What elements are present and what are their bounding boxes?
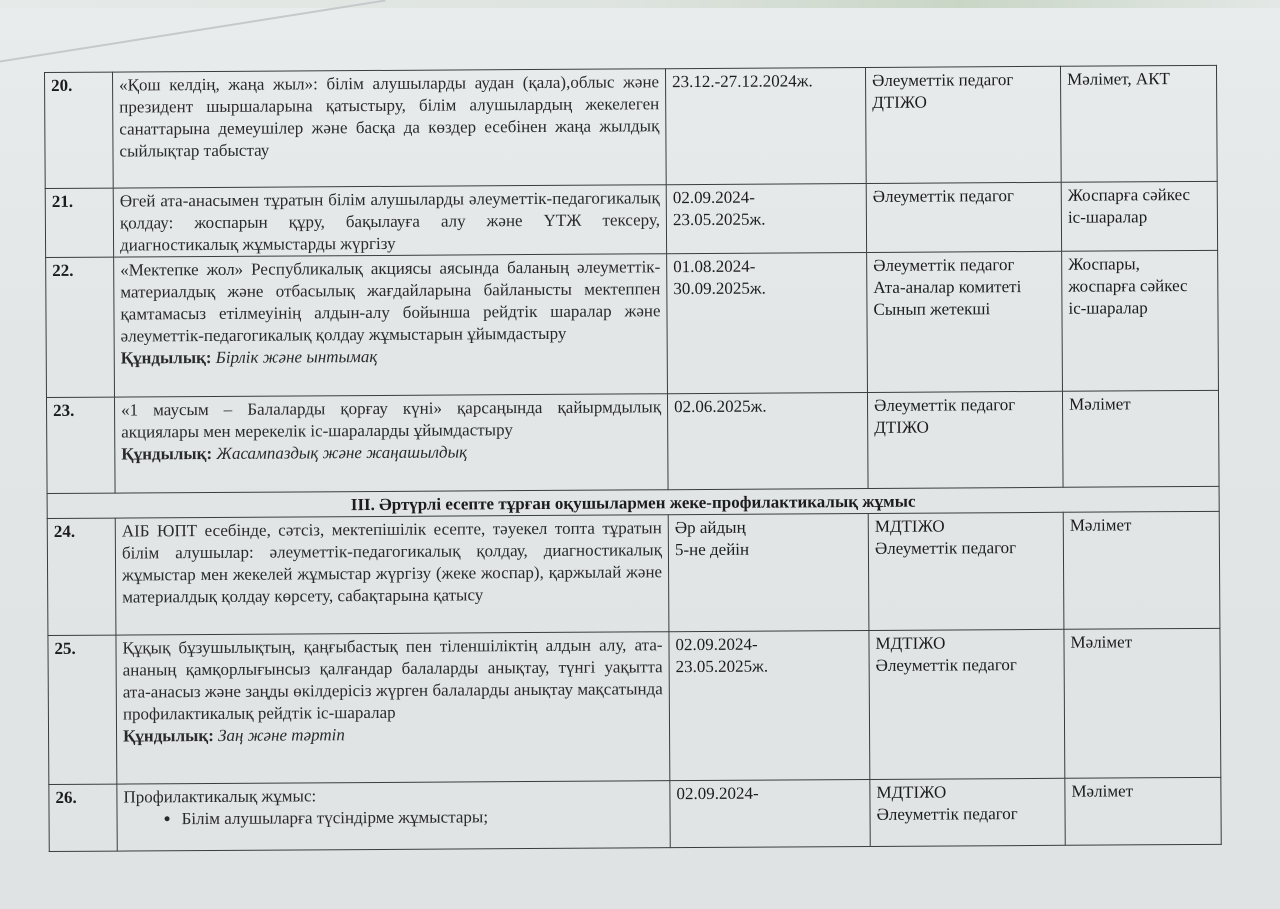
- output-line: іс-шаралар: [1068, 206, 1211, 229]
- bullet-item: Білім алушыларға түсіндірме жұмыстары;: [181, 805, 663, 830]
- value-text: Жасампаздық және жаңашылдық: [216, 442, 467, 463]
- activity-description: Құқық бұзушылықтың, қаңғыбастық пен тіле…: [116, 632, 670, 784]
- deadline-line: 02.09.2024-: [676, 782, 863, 805]
- responsible: Әлеуметтік педагогДТІЖО: [867, 391, 1063, 488]
- responsible-line: Әлеуметтік педагог: [873, 254, 1055, 277]
- responsible-line: ДТІЖО: [874, 416, 1056, 439]
- output-form: Мәлімет: [1063, 511, 1220, 629]
- output-line: Мәлімет: [1071, 780, 1214, 803]
- output-form: Мәлімет, АКТ: [1060, 65, 1217, 182]
- deadline-line: 5-не дейін: [675, 538, 862, 561]
- row-number: 25.: [48, 635, 117, 784]
- responsible-line: МДТІЖО: [876, 781, 1058, 804]
- table-row: 23.«1 маусым – Балаларды қорғау күні» қа…: [46, 390, 1219, 493]
- responsible-line: Ата-аналар комитеті: [873, 276, 1055, 299]
- output-form: Мәлімет: [1065, 777, 1221, 845]
- description-text: Құқық бұзушылықтың, қаңғыбастық пен тіле…: [122, 634, 663, 725]
- responsible-line: МДТІЖО: [875, 515, 1057, 538]
- row-number: 20.: [45, 72, 114, 188]
- responsible: Әлеуметтік педагог: [866, 182, 1061, 252]
- activity-description: Профилактикалық жұмыс:Білім алушыларға т…: [117, 781, 670, 851]
- responsible-line: МДТІЖО: [875, 632, 1057, 655]
- table-row: 20.«Қош келдің, жаңа жыл»: білім алушыла…: [45, 65, 1218, 188]
- output-form: Жоспары,жоспарға сәйкесіс-шаралар: [1062, 250, 1219, 391]
- activity-description: Өгей ата-анасымен тұратын білім алушылар…: [113, 185, 666, 257]
- output-form: Мәлімет: [1062, 390, 1219, 487]
- deadline-line: 23.05.2025ж.: [673, 208, 860, 231]
- responsible-line: Әлеуметтік педагог: [874, 394, 1056, 417]
- deadline-line: 02.09.2024-: [675, 633, 862, 656]
- deadline-line: 23.12.-27.12.2024ж.: [672, 70, 859, 93]
- deadline-line: 23.05.2025ж.: [676, 655, 863, 678]
- row-number: 26.: [49, 784, 117, 851]
- output-line: Мәлімет: [1070, 514, 1213, 537]
- output-line: Мәлімет: [1070, 631, 1213, 654]
- value-label: Құндылық:: [121, 444, 212, 464]
- deadline: 02.09.2024-23.05.2025ж.: [666, 183, 866, 253]
- output-line: Жоспарға сәйкес: [1068, 184, 1211, 207]
- value-line: Құндылық: Бірлік және ынтымақ: [121, 344, 661, 369]
- table-row: 24.АІБ ЮПТ есебінде, сәтсіз, мектепішілі…: [47, 511, 1220, 635]
- description-text: Өгей ата-анасымен тұратын білім алушылар…: [120, 187, 660, 256]
- table-row: 22.«Мектепке жол» Республикалық акциясы …: [46, 250, 1219, 397]
- responsible: МДТІЖОӘлеуметтік педагог: [870, 778, 1065, 846]
- row-number: 21.: [45, 188, 113, 257]
- deadline: 01.08.2024-30.09.2025ж.: [667, 252, 868, 393]
- deadline: 23.12.-27.12.2024ж.: [665, 67, 866, 184]
- deadline: 02.06.2025ж.: [667, 392, 868, 489]
- activity-plan-table: 20.«Қош келдің, жаңа жыл»: білім алушыла…: [44, 65, 1222, 852]
- responsible: МДТІЖОӘлеуметтік педагог: [868, 512, 1064, 630]
- value-text: Бірлік және ынтымақ: [216, 347, 378, 367]
- responsible: Әлеуметтік педагогАта-аналар комитетіСын…: [867, 251, 1063, 392]
- activity-description: АІБ ЮПТ есебінде, сәтсіз, мектепішілік е…: [115, 515, 669, 635]
- table-row: 21.Өгей ата-анасымен тұратын білім алушы…: [45, 181, 1217, 257]
- description-text: «Мектепке жол» Республикалық акциясы аяс…: [120, 256, 661, 347]
- output-line: Мәлімет, АКТ: [1067, 68, 1210, 91]
- responsible: МДТІЖОӘлеуметтік педагог: [869, 629, 1065, 779]
- output-form: Мәлімет: [1064, 628, 1221, 778]
- deadline-line: 30.09.2025ж.: [673, 277, 860, 300]
- description-text: «1 маусым – Балаларды қорғау күні» қарса…: [121, 396, 661, 443]
- responsible-line: Әлеуметтік педагог: [872, 69, 1054, 92]
- deadline-line: 02.06.2025ж.: [674, 395, 861, 418]
- activity-description: «Қош келдің, жаңа жыл»: білім алушыларды…: [113, 69, 667, 188]
- row-number: 24.: [47, 518, 116, 635]
- responsible: Әлеуметтік педагогДТІЖО: [865, 66, 1061, 183]
- row-number: 22.: [46, 257, 115, 397]
- value-line: Құндылық: Жасампаздық және жаңашылдық: [121, 440, 661, 465]
- row-number: 23.: [46, 397, 115, 493]
- deadline: Әр айдың5-не дейін: [668, 513, 869, 631]
- deadline-line: 02.09.2024-: [673, 186, 860, 209]
- deadline: 02.09.2024-23.05.2025ж.: [669, 630, 870, 780]
- description-text: «Қош келдің, жаңа жыл»: білім алушыларды…: [119, 71, 660, 162]
- responsible-line: Әлеуметтік педагог: [875, 537, 1057, 560]
- table-row: 26.Профилактикалық жұмыс:Білім алушыларғ…: [49, 777, 1221, 851]
- value-text: Заң және тәртіп: [218, 725, 345, 745]
- value-label: Құндылық:: [123, 726, 214, 746]
- output-line: Мәлімет: [1069, 393, 1212, 416]
- value-label: Құндылық:: [121, 348, 212, 368]
- table-row: 25.Құқық бұзушылықтың, қаңғыбастық пен т…: [48, 628, 1221, 784]
- activity-description: «1 маусым – Балаларды қорғау күні» қарса…: [114, 394, 668, 493]
- deadline-line: Әр айдың: [675, 516, 862, 539]
- value-line: Құндылық: Заң және тәртіп: [123, 722, 663, 747]
- output-line: іс-шаралар: [1068, 297, 1211, 320]
- output-line: жоспарға сәйкес: [1068, 275, 1211, 298]
- description-text: АІБ ЮПТ есебінде, сәтсіз, мектепішілік е…: [122, 517, 663, 608]
- output-form: Жоспарға сәйкесіс-шаралар: [1061, 181, 1217, 251]
- output-line: Жоспары,: [1068, 253, 1211, 276]
- responsible-line: Әлеуметтік педагог: [876, 803, 1058, 826]
- responsible-line: ДТІЖО: [872, 91, 1054, 114]
- responsible-line: Әлеуметтік педагог: [876, 654, 1058, 677]
- bullet-list: Білім алушыларға түсіндірме жұмыстары;: [124, 805, 664, 830]
- deadline: 02.09.2024-: [670, 779, 870, 847]
- responsible-line: Әлеуметтік педагог: [873, 185, 1055, 208]
- deadline-line: 01.08.2024-: [673, 255, 860, 278]
- document-page: 20.«Қош келдің, жаңа жыл»: білім алушыла…: [0, 0, 1280, 909]
- activity-description: «Мектепке жол» Республикалық акциясы аяс…: [114, 254, 668, 397]
- responsible-line: Сынып жетекші: [873, 298, 1055, 321]
